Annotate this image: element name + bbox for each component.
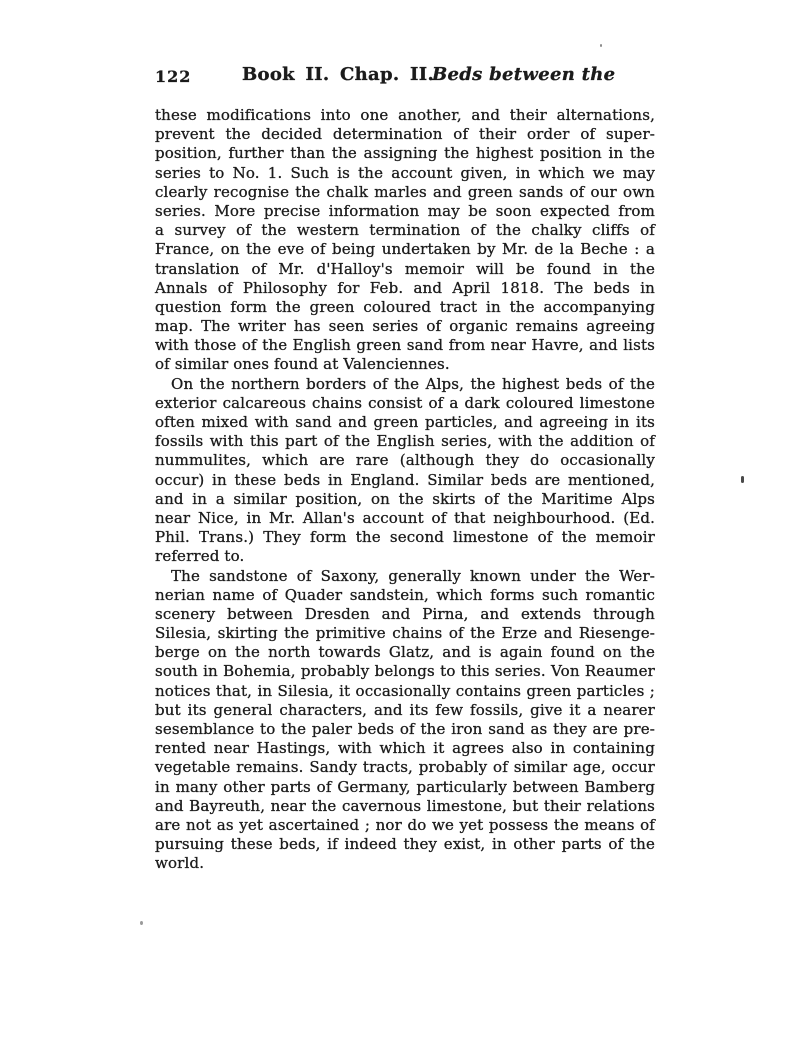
- text-line: but its general characters, and its few …: [155, 701, 655, 720]
- text-line: and Bayreuth, near the cavernous limesto…: [155, 797, 655, 816]
- text-line: near Nice, in Mr. Allan's account of tha…: [155, 509, 655, 528]
- paragraph: these modifications into one another, an…: [155, 106, 655, 375]
- text-line: referred to.: [155, 547, 655, 566]
- text-line: berge on the north towards Glatz, and is…: [155, 643, 655, 662]
- text-line: map. The writer has seen series of organ…: [155, 317, 655, 336]
- text-line: nerian name of Quader sandstein, which f…: [155, 586, 655, 605]
- text-line: and in a similar position, on the skirts…: [155, 490, 655, 509]
- running-title-section: Beds between the: [432, 64, 615, 85]
- text-line: series. More precise information may be …: [155, 202, 655, 221]
- text-line: Annals of Philosophy for Feb. and April …: [155, 279, 655, 298]
- text-line: rented near Hastings, with which it agre…: [155, 739, 655, 758]
- text-line: with those of the English green sand fro…: [155, 336, 655, 355]
- page-body-text: these modifications into one another, an…: [155, 106, 655, 874]
- page-number: 122: [155, 67, 191, 86]
- text-line: south in Bohemia, probably belongs to th…: [155, 662, 655, 681]
- running-title-book-chapter: Book II. Chap. II.: [242, 64, 434, 85]
- text-line: position, further than the assigning the…: [155, 144, 655, 163]
- text-line: occur) in these beds in England. Similar…: [155, 471, 655, 490]
- text-line: On the northern borders of the Alps, the…: [155, 375, 655, 394]
- text-line: The sandstone of Saxony, generally known…: [155, 567, 655, 586]
- text-line: nummulites, which are rare (although the…: [155, 451, 655, 470]
- scan-speckle: [600, 44, 602, 47]
- text-line: series to No. 1. Such is the account giv…: [155, 164, 655, 183]
- paragraph: The sandstone of Saxony, generally known…: [155, 567, 655, 874]
- text-line: scenery between Dresden and Pirna, and e…: [155, 605, 655, 624]
- text-line: France, on the eve of being undertaken b…: [155, 240, 655, 259]
- text-line: vegetable remains. Sandy tracts, probabl…: [155, 758, 655, 777]
- text-line: of similar ones found at Valenciennes.: [155, 355, 655, 374]
- scan-speckle: [741, 476, 744, 483]
- text-line: in many other parts of Germany, particul…: [155, 778, 655, 797]
- text-line: notices that, in Silesia, it occasionall…: [155, 682, 655, 701]
- text-line: pursuing these beds, if indeed they exis…: [155, 835, 655, 854]
- text-line: sesemblance to the paler beds of the iro…: [155, 720, 655, 739]
- text-line: translation of Mr. d'Halloy's memoir wil…: [155, 260, 655, 279]
- text-line: question form the green coloured tract i…: [155, 298, 655, 317]
- scan-speckle: [140, 921, 143, 925]
- paragraph: On the northern borders of the Alps, the…: [155, 375, 655, 567]
- text-line: often mixed with sand and green particle…: [155, 413, 655, 432]
- text-line: exterior calcareous chains consist of a …: [155, 394, 655, 413]
- page-header: 122 Book II. Chap. II. Beds between the: [155, 64, 655, 88]
- text-line: a survey of the western termination of t…: [155, 221, 655, 240]
- text-line: Phil. Trans.) They form the second limes…: [155, 528, 655, 547]
- book-page: 122 Book II. Chap. II. Beds between the …: [0, 0, 800, 1050]
- text-line: world.: [155, 854, 655, 873]
- text-line: Silesia, skirting the primitive chains o…: [155, 624, 655, 643]
- text-line: fossils with this part of the English se…: [155, 432, 655, 451]
- text-line: prevent the decided determination of the…: [155, 125, 655, 144]
- text-line: these modifications into one another, an…: [155, 106, 655, 125]
- text-line: are not as yet ascertained ; nor do we y…: [155, 816, 655, 835]
- text-line: clearly recognise the chalk marles and g…: [155, 183, 655, 202]
